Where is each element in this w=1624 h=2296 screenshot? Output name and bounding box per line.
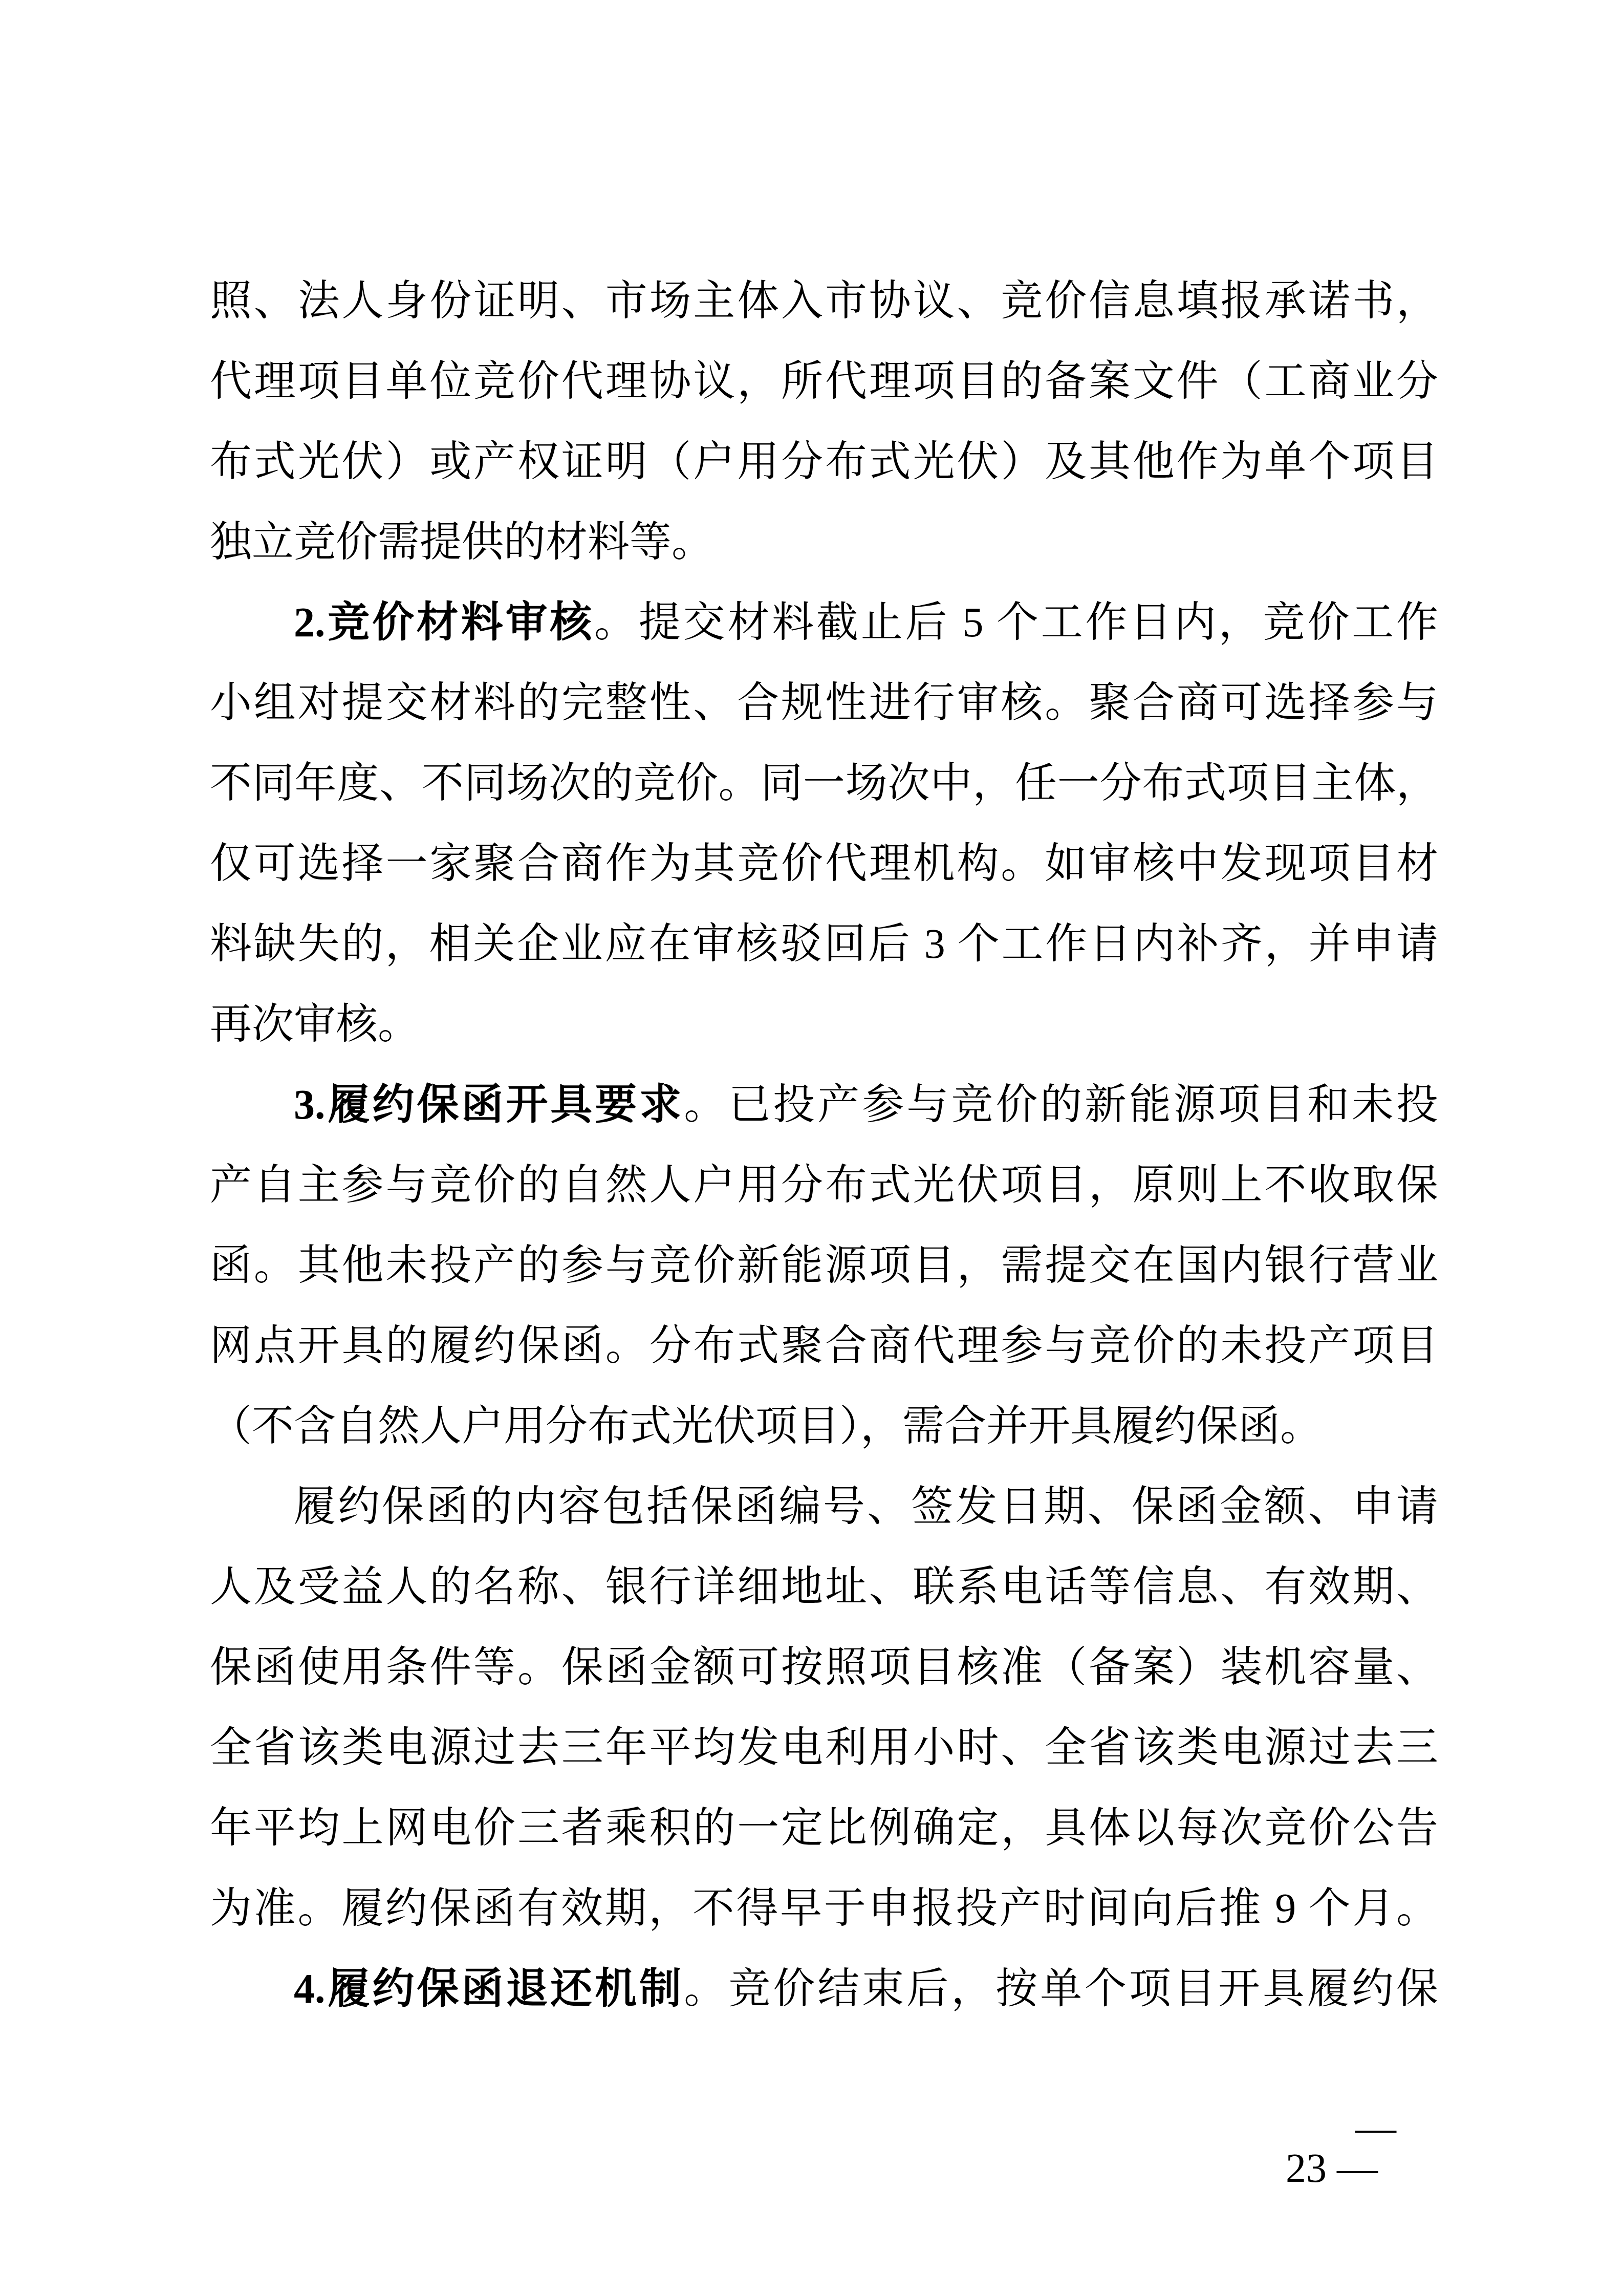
text-line: 布式光伏）或产权证明（户用分布式光伏）及其他作为单个项目 [210,421,1438,502]
body-run: 。已投产参与竞价的新能源项目和未投 [684,1081,1438,1128]
text-line: 照、法人身份证明、市场主体入市协议、竞价信息填报承诺书， [210,261,1438,341]
text-line: 保函使用条件等。保函金额可按照项目核准（备案）装机容量、 [210,1627,1438,1707]
text-line: 小组对提交材料的完整性、合规性进行审核。聚合商可选择参与 [210,662,1438,743]
body-run: 布式光伏）或产权证明（户用分布式光伏）及其他作为单个项目 [210,438,1438,485]
body-run: 履约保函的内容包括保函编号、签发日期、保函金额、申请 [294,1483,1438,1530]
page-number: 23 — [1286,2148,1378,2189]
body-run: 独立竞价需提供的材料等。 [210,519,713,565]
text-line: 4.履约保函退还机制。竞价结束后，按单个项目开具履约保 [210,1948,1438,2029]
text-line: 年平均上网电价三者乘积的一定比例确定，具体以每次竞价公告 [210,1788,1438,1868]
text-line: 代理项目单位竞价代理协议，所代理项目的备案文件（工商业分 [210,341,1438,421]
body-run: 产自主参与竞价的自然人户用分布式光伏项目，原则上不收取保 [210,1162,1438,1208]
text-line: 独立竞价需提供的材料等。 [210,502,1438,582]
body-run: 为准。履约保函有效期，不得早于申报投产时间向后推 9 个月。 [210,1885,1438,1932]
text-line: 履约保函的内容包括保函编号、签发日期、保函金额、申请 [210,1466,1438,1547]
body-run: 。提交材料截止后 5 个工作日内，竞价工作 [594,599,1438,646]
text-line: 全省该类电源过去三年平均发电利用小时、全省该类电源过去三 [210,1707,1438,1788]
body-run: 。竞价结束后，按单个项目开具履约保 [684,1965,1438,2012]
text-line: 仅可选择一家聚合商作为其竞价代理机构。如审核中发现项目材 [210,823,1438,904]
body-run: 函。其他未投产的参与竞价新能源项目，需提交在国内银行营业 [210,1242,1438,1289]
body-run: 不同年度、不同场次的竞价。同一场次中，任一分布式项目主体， [210,760,1438,806]
document-page: 照、法人身份证明、市场主体入市协议、竞价信息填报承诺书，代理项目单位竞价代理协议… [0,0,1624,2296]
text-line: 为准。履约保函有效期，不得早于申报投产时间向后推 9 个月。 [210,1868,1438,1948]
body-run: 全省该类电源过去三年平均发电利用小时、全省该类电源过去三 [210,1724,1438,1771]
body-text: 照、法人身份证明、市场主体入市协议、竞价信息填报承诺书，代理项目单位竞价代理协议… [210,261,1438,2029]
body-run: 仅可选择一家聚合商作为其竞价代理机构。如审核中发现项目材 [210,840,1438,887]
body-run: 年平均上网电价三者乘积的一定比例确定，具体以每次竞价公告 [210,1805,1438,1851]
text-line: 料缺失的，相关企业应在审核驳回后 3 个工作日内补齐，并申请 [210,904,1438,984]
text-line: 网点开具的履约保函。分布式聚合商代理参与竞价的未投产项目 [210,1305,1438,1386]
heading-run: 2.竞价材料审核 [294,599,594,646]
body-run: 照、法人身份证明、市场主体入市协议、竞价信息填报承诺书， [210,277,1438,324]
heading-run: 4.履约保函退还机制 [294,1965,684,2012]
text-line: （不含自然人户用分布式光伏项目），需合并开具履约保函。 [210,1386,1438,1466]
text-line: 不同年度、不同场次的竞价。同一场次中，任一分布式项目主体， [210,743,1438,823]
body-run: 料缺失的，相关企业应在审核驳回后 3 个工作日内补齐，并申请 [210,920,1438,967]
text-line: 2.竞价材料审核。提交材料截止后 5 个工作日内，竞价工作 [210,582,1438,662]
body-run: 人及受益人的名称、银行详细地址、联系电话等信息、有效期、 [210,1563,1438,1610]
text-line: 产自主参与竞价的自然人户用分布式光伏项目，原则上不收取保 [210,1145,1438,1225]
text-line: 人及受益人的名称、银行详细地址、联系电话等信息、有效期、 [210,1547,1438,1627]
heading-run: 3.履约保函开具要求 [294,1081,684,1128]
body-run: （不含自然人户用分布式光伏项目），需合并开具履约保函。 [210,1403,1322,1449]
body-run: 代理项目单位竞价代理协议，所代理项目的备案文件（工商业分 [210,358,1438,404]
body-run: 网点开具的履约保函。分布式聚合商代理参与竞价的未投产项目 [210,1322,1438,1369]
text-line: 函。其他未投产的参与竞价新能源项目，需提交在国内银行营业 [210,1225,1438,1305]
body-run: 小组对提交材料的完整性、合规性进行审核。聚合商可选择参与 [210,679,1438,726]
body-run: 再次审核。 [210,1001,420,1047]
text-line: 再次审核。 [210,984,1438,1064]
body-run: 保函使用条件等。保函金额可按照项目核准（备案）装机容量、 [210,1644,1438,1690]
footer-stray-dash: — [1355,2108,1396,2149]
text-line: 3.履约保函开具要求。已投产参与竞价的新能源项目和未投 [210,1064,1438,1145]
